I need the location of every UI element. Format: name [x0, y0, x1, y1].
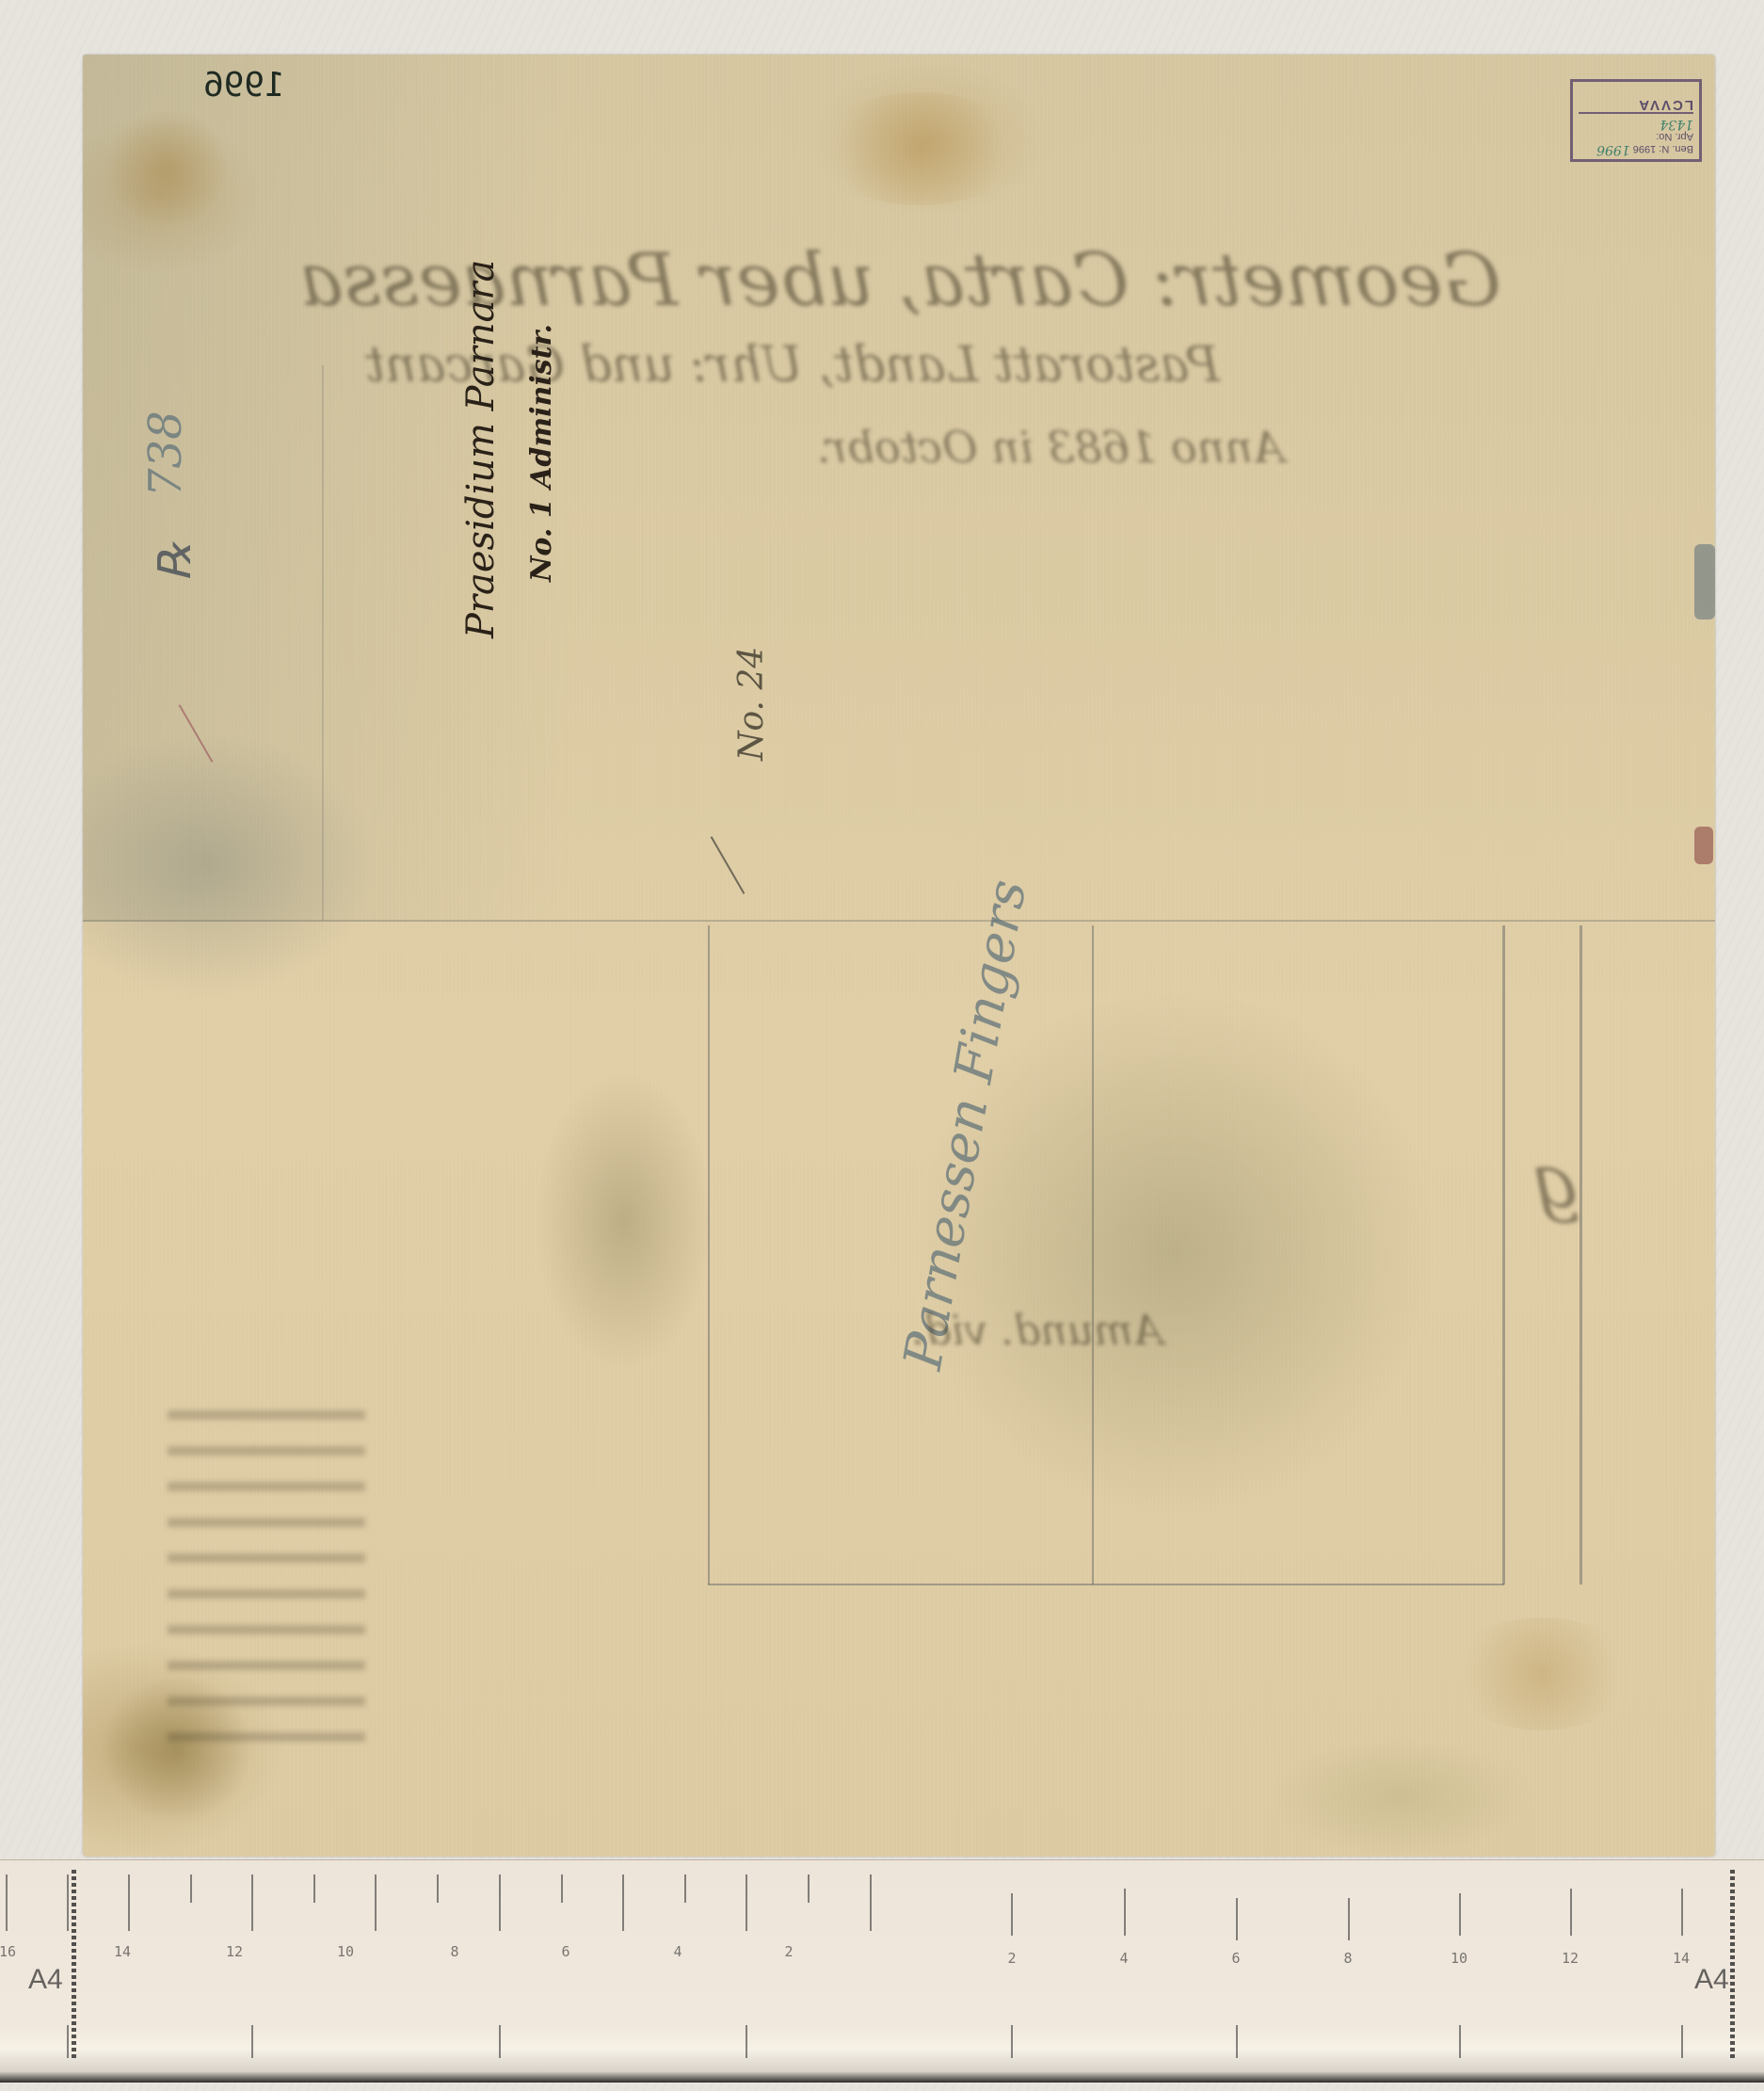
ruler-tick: [499, 1874, 501, 1931]
ruler-tick: [67, 2025, 69, 2058]
ruler-label: 4: [1119, 1950, 1128, 1967]
ruler-tick: [1570, 1889, 1572, 1936]
bleed-list: [168, 1410, 365, 1768]
number-note: No. 24: [732, 647, 771, 761]
archive-stamp: Ben. N: 1996 1996 Apr. No: 1434 LCVVA: [1570, 79, 1702, 162]
edge-stain-blue: [1694, 544, 1715, 619]
stamp-line-item: Ben. N: 1996 1996: [1579, 142, 1693, 155]
handwritten-note-1: Praesidium Parnara: [459, 260, 503, 638]
ruler-tick: [6, 1874, 8, 1931]
ruler-tick: [1124, 1889, 1126, 1936]
edge-stain-red: [1694, 827, 1713, 864]
catalog-number: 1996: [203, 66, 285, 105]
ruler-tick: [1459, 1893, 1461, 1936]
bleed-title-line3: Anno 1683 in Octobr.: [817, 422, 1284, 473]
ruler-label: 8: [1343, 1950, 1352, 1967]
handwritten-note-2: No. 1 Administr.: [525, 324, 558, 582]
ruler-label: 12: [1562, 1950, 1579, 1967]
ruler-tick: [1681, 1889, 1683, 1936]
map-frame-right-outer: [1580, 925, 1582, 1584]
a4-label-left: A4: [28, 1964, 63, 1996]
ruler-tick: [67, 1874, 69, 1931]
stamp-title: LCVVA: [1579, 99, 1693, 114]
stain: [817, 92, 1024, 205]
ruler-label: 16: [0, 1943, 16, 1960]
ruler-label: 10: [337, 1943, 354, 1960]
a4-marker-left: [72, 1870, 76, 2058]
ruler-tick: [251, 1874, 253, 1931]
ruler-tick: [251, 2025, 253, 2058]
document-sheet: 1996 Geometr: Carta, uber Parnaessa Past…: [83, 55, 1715, 1857]
a4-marker-right: [1730, 1870, 1735, 2058]
ruler-tick: [1011, 1893, 1013, 1936]
map-frame-bottom: [708, 1584, 1504, 1585]
ruler-tick: [437, 1874, 439, 1903]
stamp-line-fonds: 1434: [1579, 117, 1693, 130]
map-land-bleed: [911, 987, 1438, 1514]
ruler-label: 14: [114, 1943, 131, 1960]
ruler-tick: [1236, 2025, 1238, 2058]
ruler-tick: [561, 1874, 563, 1903]
a4-label-right: A4: [1694, 1964, 1729, 1996]
map-label-center: Amund. vid.: [911, 1307, 1163, 1355]
ruler-tick: [684, 1874, 686, 1903]
ruler-tick: [499, 2025, 501, 2058]
ruler-tick: [1348, 1898, 1350, 1940]
ruler-label: 14: [1673, 1950, 1690, 1967]
ruler-tick: [313, 1874, 315, 1903]
ruler-tick: [1681, 2025, 1683, 2058]
ruler-tick: [746, 2025, 747, 2058]
map-label-right: g: [1532, 1137, 1580, 1225]
ruler-tick: [746, 1874, 747, 1931]
ruler-label: 2: [1007, 1950, 1016, 1967]
ruler-tick: [190, 1874, 192, 1903]
map-island-bleed: [535, 1071, 714, 1373]
ruler-label: 6: [1231, 1950, 1240, 1967]
ruler-label: 12: [226, 1943, 243, 1960]
ruler-label: 10: [1451, 1950, 1467, 1967]
map-frame-right: [1502, 925, 1505, 1584]
ruler-tick: [870, 1874, 872, 1931]
ruler-tick: [1459, 2025, 1461, 2058]
a4-ruler: A4 A4 16 14 12 10 8 6 4 2 2 4 6 8 10 12 …: [0, 1859, 1764, 2083]
ruler-tick: [1011, 2025, 1013, 2058]
ruler-label: 6: [561, 1943, 569, 1960]
ruler-tick: [1236, 1898, 1238, 1940]
ruler-label: 2: [784, 1943, 793, 1960]
ruler-tick: [622, 1874, 624, 1931]
ruler-label: 4: [673, 1943, 682, 1960]
ruler-tick: [128, 1874, 130, 1931]
upper-frame-left: [322, 365, 324, 921]
ruler-tick: [808, 1874, 810, 1903]
stain: [1448, 1617, 1636, 1730]
stain: [102, 111, 233, 224]
ruler-label: 8: [450, 1943, 458, 1960]
ruler-tick: [375, 1874, 377, 1931]
pencil-mark-symbol: ℞: [149, 541, 201, 582]
pencil-shelfmark: 738: [139, 410, 192, 497]
